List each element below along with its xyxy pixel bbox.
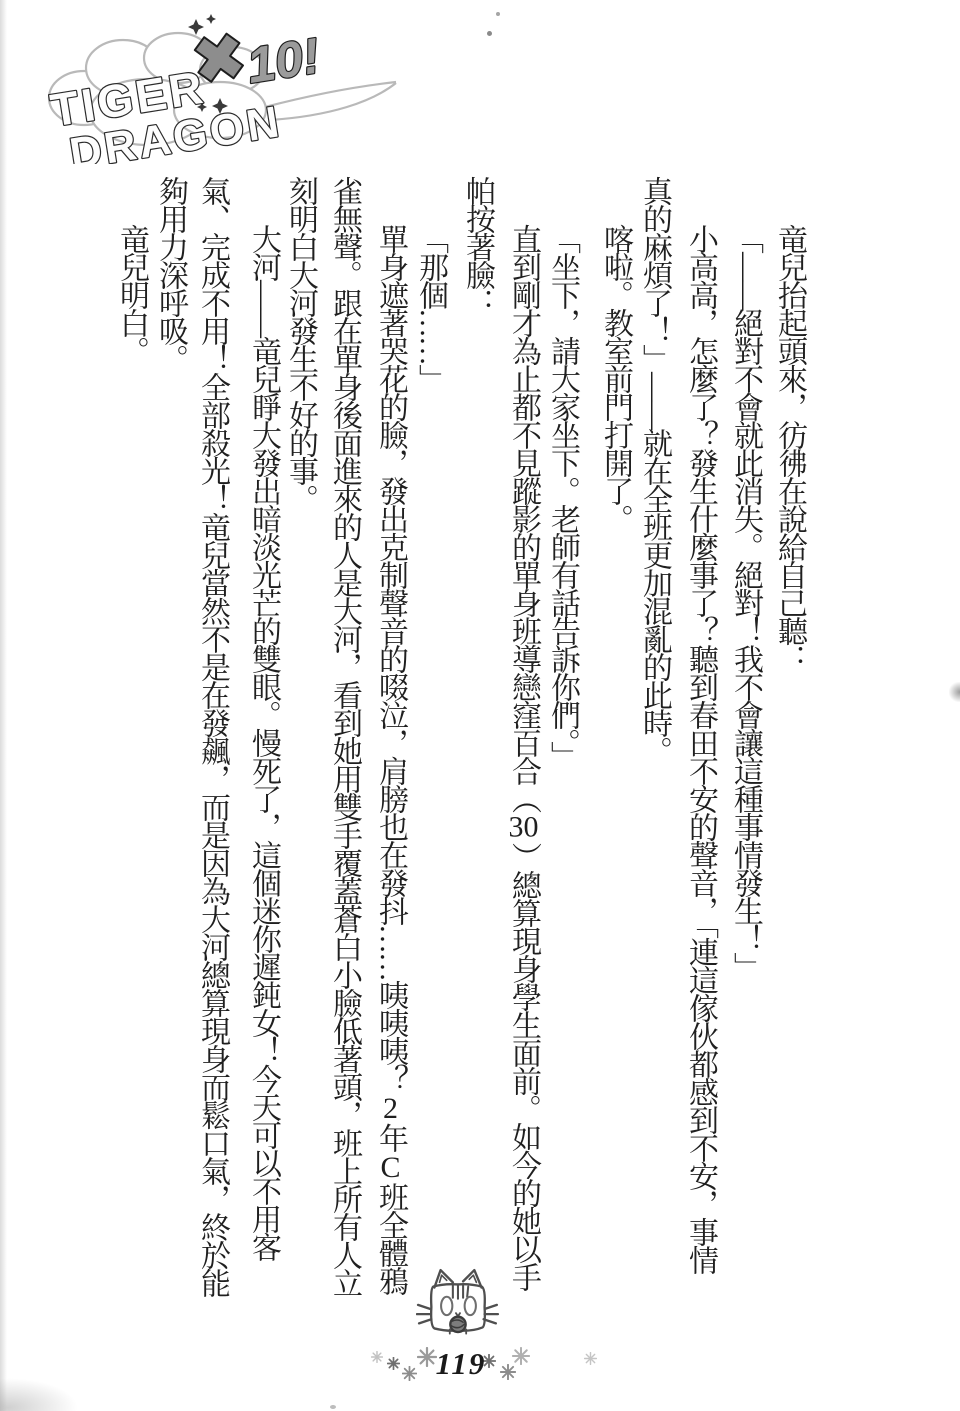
logo-volume-text: 10! <box>243 27 323 94</box>
star-icon <box>371 1350 383 1368</box>
logo-art: TIGER DRAGON 10! <box>20 12 408 164</box>
column-text: 「——絕對不會就此消失。絕對！我不會讓這種事情發生！」 <box>729 224 762 980</box>
scan-edge-shadow <box>0 0 7 1411</box>
column-text: 「那個……」 <box>414 224 447 392</box>
text-column: 直到剛才為止都不見蹤影的單身班導戀窪百合（30）總算現身學生面前。如今的她以手 <box>506 224 540 1290</box>
column-text: 竜兒明白。 <box>115 224 148 364</box>
text-column: 大河——竜兒睜大發出暗淡光芒的雙眼。慢死了，這個迷你遲鈍女！今天可以不用客 <box>246 224 280 1260</box>
column-text: 大河——竜兒睜大發出暗淡光芒的雙眼。慢死了，這個迷你遲鈍女！今天可以不用客 <box>247 224 280 1260</box>
text-column: 竜兒明白。 <box>114 224 148 364</box>
column-text: 「坐下，請大家坐下。老師有話告訴你們。」 <box>546 224 579 769</box>
text-column: 單身遮著哭花的臉，發出克制聲音的啜泣，肩膀也在發抖……咦咦咦？2年C班全體鴉 <box>373 224 407 1294</box>
text-column: 夠用力深呼吸。 <box>153 176 187 372</box>
star-icon <box>584 1352 597 1370</box>
ink-speck <box>496 12 500 16</box>
column-text: 小高高，怎麼了？發生什麼事了？聽到春田不安的聲音，「連這傢伙都感到不安，事情 <box>684 224 717 1273</box>
text-column: 帕按著臉： <box>460 176 494 316</box>
age-number: 30 <box>507 812 540 842</box>
column-text: 刻明白大河發生不好的事。 <box>284 176 317 512</box>
text-column: 小高高，怎麼了？發生什麼事了？聽到春田不安的聲音，「連這傢伙都感到不安，事情 <box>683 224 717 1273</box>
series-logo: TIGER DRAGON 10! <box>20 12 408 164</box>
column-text: 夠用力深呼吸。 <box>154 176 187 372</box>
text-column: 雀無聲。跟在單身後面進來的人是大河，看到她用雙手覆蓋蒼白小臉低著頭，班上所有人立 <box>327 176 361 1296</box>
column-text: 單身遮著哭花的臉，發出克制聲音的啜泣，肩膀也在發抖……咦咦咦？ <box>374 224 407 1092</box>
column-text: 帕按著臉： <box>461 176 494 316</box>
column-text: ）總算現身學生面前。如今的她以手 <box>507 842 540 1290</box>
text-column: 氣、完成不用！全部殺光！竜兒當然不是在發飆，而是因為大河總算現身而鬆口氣，終於能 <box>195 176 229 1296</box>
column-text: 班全體鴉 <box>374 1182 407 1294</box>
column-text: 喀啦。教室前門打開了。 <box>599 224 632 532</box>
cat-doodle-icon <box>416 1266 502 1352</box>
column-text: C <box>374 1151 407 1182</box>
text-column: 「坐下，請大家坐下。老師有話告訴你們。」 <box>545 224 579 769</box>
text-column: 「——絕對不會就此消失。絕對！我不會讓這種事情發生！」 <box>728 224 762 980</box>
column-text: 年 <box>374 1123 407 1151</box>
scan-mark <box>949 682 960 702</box>
text-column: 竜兒抬起頭來，彷彿在說給自己聽： <box>772 224 806 672</box>
ink-speck <box>330 1405 336 1409</box>
text-column: 真的麻煩了！」——就在全班更加混亂的此時。 <box>637 176 671 764</box>
column-text: 雀無聲。跟在單身後面進來的人是大河，看到她用雙手覆蓋蒼白小臉低著頭，班上所有人立 <box>328 176 361 1296</box>
column-text: 真的麻煩了！」——就在全班更加混亂的此時。 <box>638 176 671 764</box>
star-icon <box>387 1357 400 1375</box>
column-text: 竜兒抬起頭來，彷彿在說給自己聽： <box>773 224 806 672</box>
page-number: 119 <box>425 1346 497 1386</box>
ink-speck <box>487 31 492 36</box>
text-column: 喀啦。教室前門打開了。 <box>598 224 632 532</box>
book-page: TIGER DRAGON 10! 竜兒抬起頭來，彷彿在說給自己聽： 「——絕對不… <box>0 0 960 1411</box>
text-column: 刻明白大河發生不好的事。 <box>283 176 317 512</box>
scan-smudge <box>0 1378 78 1411</box>
column-text: 直到剛才為止都不見蹤影的單身班導戀窪百合（ <box>507 224 540 812</box>
star-icon <box>402 1366 417 1386</box>
column-text: 氣、完成不用！全部殺光！竜兒當然不是在發飆，而是因為大河總算現身而鬆口氣，終於能 <box>196 176 229 1296</box>
column-text: 2 <box>374 1092 407 1123</box>
star-icon <box>512 1347 530 1370</box>
text-column: 「那個……」 <box>413 224 447 392</box>
